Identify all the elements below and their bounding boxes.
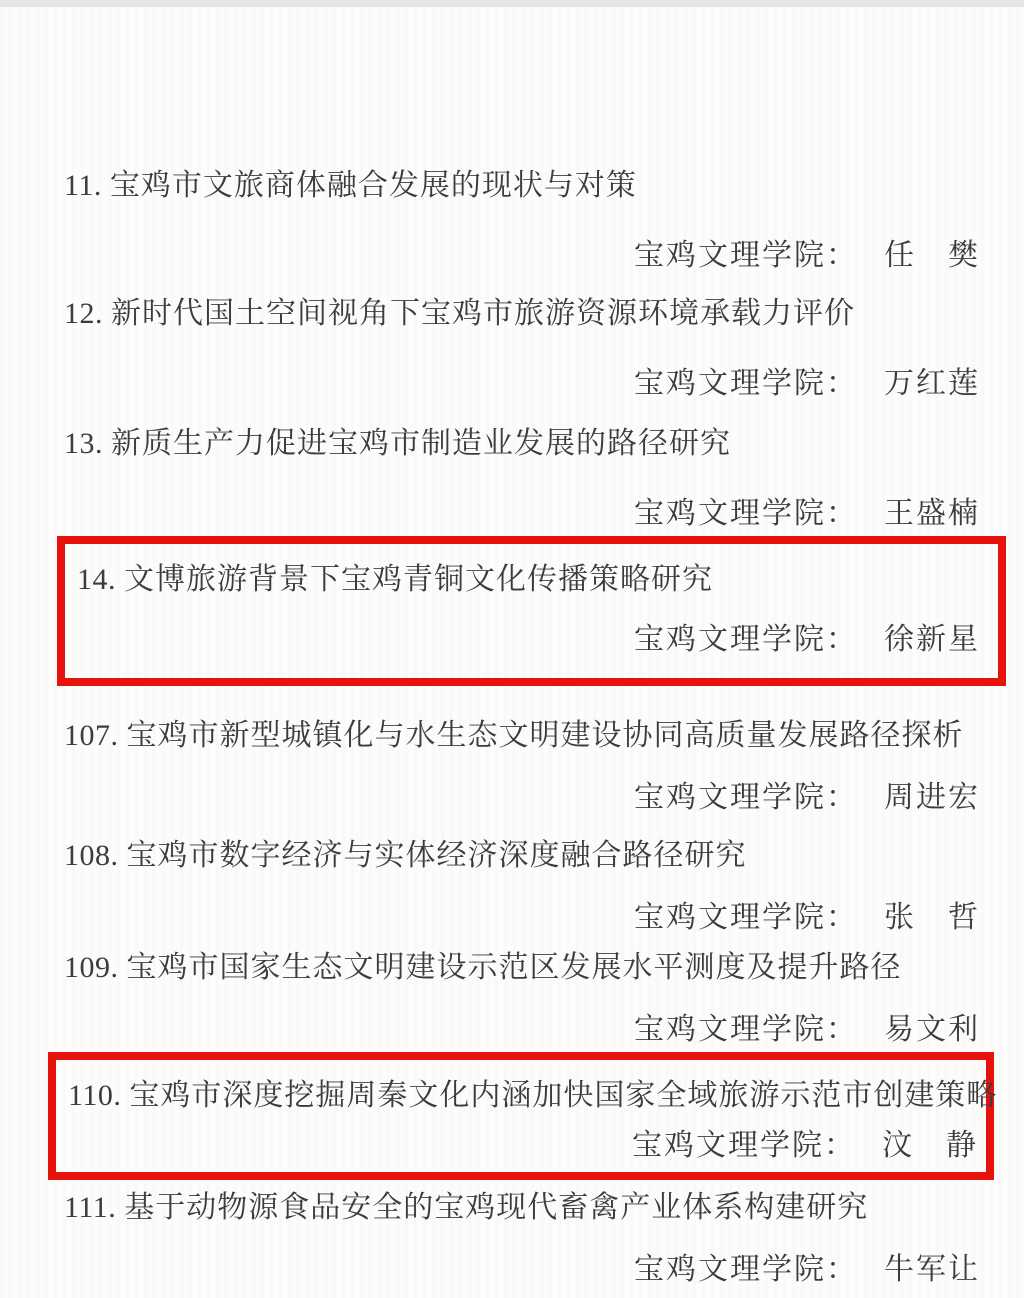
item-title: 宝鸡市数字经济与实体经济深度融合路径研究 [127, 839, 747, 872]
list-item: 108.宝鸡市数字经济与实体经济深度融合路径研究 宝鸡文理学院：张 哲 [0, 836, 1024, 938]
item-number: 13. [64, 427, 103, 460]
affiliation-label: 宝鸡文理学院： [632, 1129, 856, 1162]
byline: 宝鸡文理学院：万红莲 [0, 364, 1024, 404]
item-number: 14. [77, 563, 116, 596]
item-title: 宝鸡市新型城镇化与水生态文明建设协同高质量发展路径探析 [127, 719, 964, 752]
affiliation-label: 宝鸡文理学院： [634, 623, 858, 656]
item-title-line: 110.宝鸡市深度挖掘周秦文化内涵加快国家全域旅游示范市创建策略 [56, 1076, 986, 1116]
byline: 宝鸡文理学院：王盛楠 [0, 494, 1024, 534]
author-name: 徐新星 [884, 623, 980, 656]
affiliation-label: 宝鸡文理学院： [634, 1013, 858, 1046]
affiliation-label: 宝鸡文理学院： [634, 367, 858, 400]
item-number: 108. [64, 839, 119, 872]
list-item: 110.宝鸡市深度挖掘周秦文化内涵加快国家全域旅游示范市创建策略 宝鸡文理学院：… [56, 1076, 986, 1166]
item-number: 110. [68, 1079, 121, 1112]
author-name: 牛军让 [884, 1253, 980, 1286]
list-item: 107.宝鸡市新型城镇化与水生态文明建设协同高质量发展路径探析 宝鸡文理学院：周… [0, 716, 1024, 818]
item-title-line: 107.宝鸡市新型城镇化与水生态文明建设协同高质量发展路径探析 [0, 716, 1024, 756]
list-item: 111.基于动物源食品安全的宝鸡现代畜禽产业体系构建研究 宝鸡文理学院：牛军让 [0, 1188, 1024, 1290]
affiliation-label: 宝鸡文理学院： [634, 239, 858, 272]
item-number: 109. [64, 951, 119, 984]
highlight-box: 110.宝鸡市深度挖掘周秦文化内涵加快国家全域旅游示范市创建策略 宝鸡文理学院：… [48, 1052, 994, 1180]
item-title: 新时代国土空间视角下宝鸡市旅游资源环境承载力评价 [111, 297, 855, 330]
byline: 宝鸡文理学院：张 哲 [0, 898, 1024, 938]
author-name: 王盛楠 [884, 497, 980, 530]
item-title-line: 109.宝鸡市国家生态文明建设示范区发展水平测度及提升路径 [0, 948, 1024, 988]
item-title: 基于动物源食品安全的宝鸡现代畜禽产业体系构建研究 [124, 1191, 868, 1224]
item-title: 宝鸡市国家生态文明建设示范区发展水平测度及提升路径 [127, 951, 902, 984]
item-title: 宝鸡市深度挖掘周秦文化内涵加快国家全域旅游示范市创建策略 [129, 1079, 997, 1112]
byline: 宝鸡文理学院：周进宏 [0, 778, 1024, 818]
list-item: 12.新时代国土空间视角下宝鸡市旅游资源环境承载力评价 宝鸡文理学院：万红莲 [0, 294, 1024, 404]
item-title-line: 14.文博旅游背景下宝鸡青铜文化传播策略研究 [65, 560, 998, 600]
author-name: 任 樊 [884, 239, 980, 272]
affiliation-label: 宝鸡文理学院： [634, 781, 858, 814]
list-item: 14.文博旅游背景下宝鸡青铜文化传播策略研究 宝鸡文理学院：徐新星 [65, 560, 998, 660]
list-item: 109.宝鸡市国家生态文明建设示范区发展水平测度及提升路径 宝鸡文理学院：易文利 [0, 948, 1024, 1050]
scan-edge-strip [0, 0, 1024, 7]
item-title: 宝鸡市文旅商体融合发展的现状与对策 [110, 169, 637, 202]
byline: 宝鸡文理学院：易文利 [0, 1010, 1024, 1050]
item-number: 11. [64, 169, 102, 202]
item-number: 12. [64, 297, 103, 330]
list-item: 11.宝鸡市文旅商体融合发展的现状与对策 宝鸡文理学院：任 樊 [0, 166, 1024, 276]
item-number: 107. [64, 719, 119, 752]
item-title-line: 13.新质生产力促进宝鸡市制造业发展的路径研究 [0, 424, 1024, 464]
item-title-line: 111.基于动物源食品安全的宝鸡现代畜禽产业体系构建研究 [0, 1188, 1024, 1228]
item-number: 111. [64, 1191, 116, 1224]
highlight-box: 14.文博旅游背景下宝鸡青铜文化传播策略研究 宝鸡文理学院：徐新星 [57, 536, 1006, 686]
affiliation-label: 宝鸡文理学院： [634, 497, 858, 530]
item-title-line: 11.宝鸡市文旅商体融合发展的现状与对策 [0, 166, 1024, 206]
byline: 宝鸡文理学院：汶 静 [56, 1126, 986, 1166]
affiliation-label: 宝鸡文理学院： [634, 1253, 858, 1286]
affiliation-label: 宝鸡文理学院： [634, 901, 858, 934]
author-name: 汶 静 [882, 1129, 978, 1162]
author-name: 周进宏 [884, 781, 980, 814]
byline: 宝鸡文理学院：徐新星 [65, 620, 998, 660]
author-name: 张 哲 [884, 901, 980, 934]
scanned-document-page: 11.宝鸡市文旅商体融合发展的现状与对策 宝鸡文理学院：任 樊 12.新时代国土… [0, 0, 1024, 1298]
byline: 宝鸡文理学院：任 樊 [0, 236, 1024, 276]
list-item: 13.新质生产力促进宝鸡市制造业发展的路径研究 宝鸡文理学院：王盛楠 [0, 424, 1024, 534]
author-name: 万红莲 [884, 367, 980, 400]
item-title-line: 12.新时代国土空间视角下宝鸡市旅游资源环境承载力评价 [0, 294, 1024, 334]
item-title: 文博旅游背景下宝鸡青铜文化传播策略研究 [124, 563, 713, 596]
item-title: 新质生产力促进宝鸡市制造业发展的路径研究 [111, 427, 731, 460]
item-title-line: 108.宝鸡市数字经济与实体经济深度融合路径研究 [0, 836, 1024, 876]
author-name: 易文利 [884, 1013, 980, 1046]
byline: 宝鸡文理学院：牛军让 [0, 1250, 1024, 1290]
